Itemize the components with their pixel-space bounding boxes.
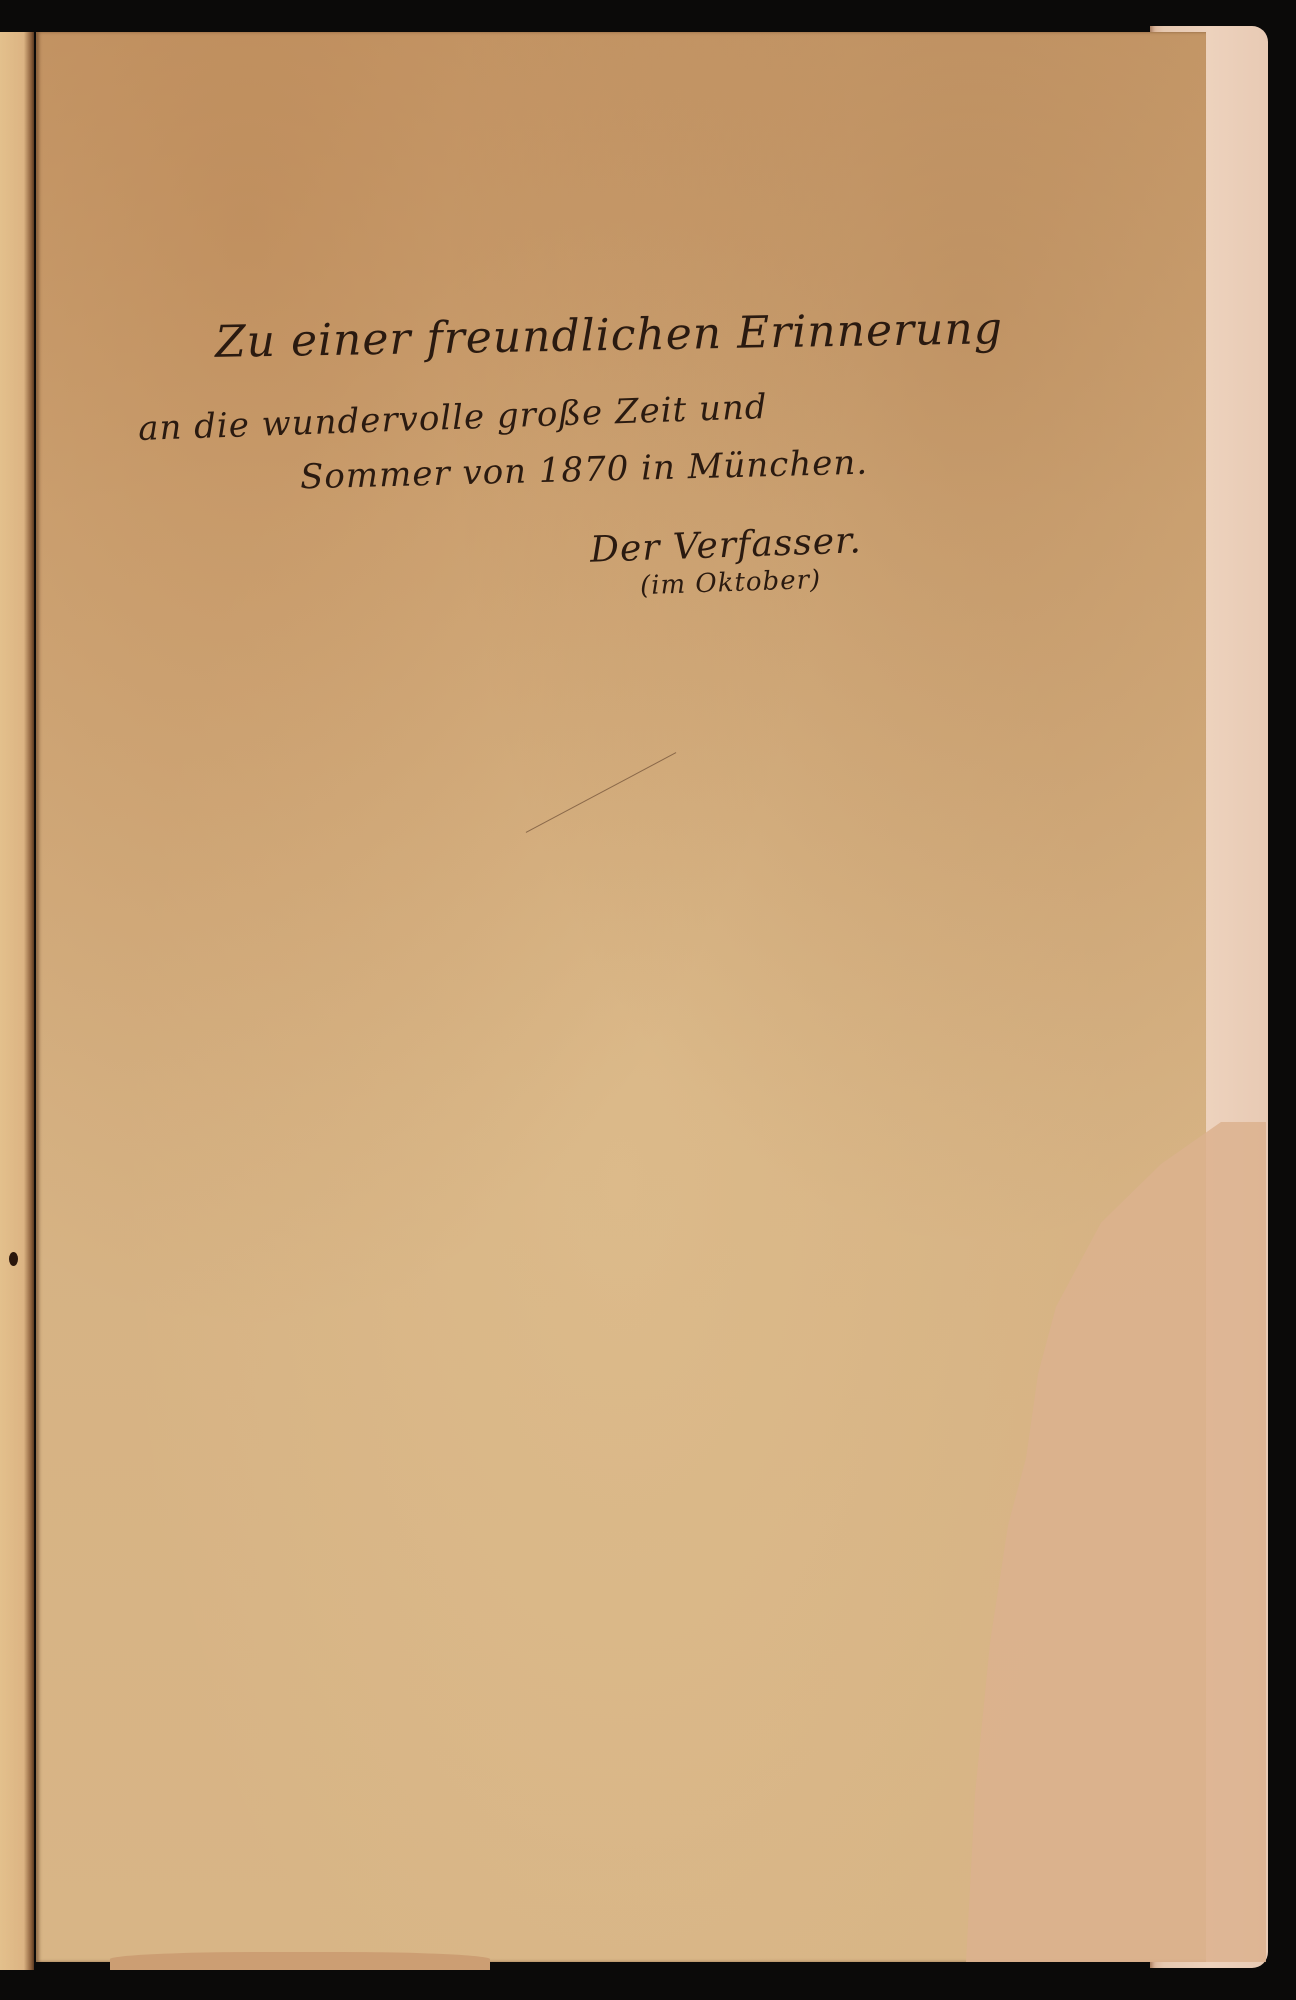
handwritten-inscription: Zu einer freundlichen Erinnerung an die … xyxy=(0,0,1296,2000)
date-note: (im Oktober) xyxy=(640,565,822,601)
signature: Der Verfasser. xyxy=(589,520,862,570)
inscription-line-1: Zu einer freundlichen Erinnerung xyxy=(215,303,1004,368)
inscription-line-3: Sommer von 1870 in München. xyxy=(300,443,869,498)
inscription-line-2: an die wundervolle große Zeit und xyxy=(137,387,768,449)
page-damage xyxy=(110,1952,490,1970)
